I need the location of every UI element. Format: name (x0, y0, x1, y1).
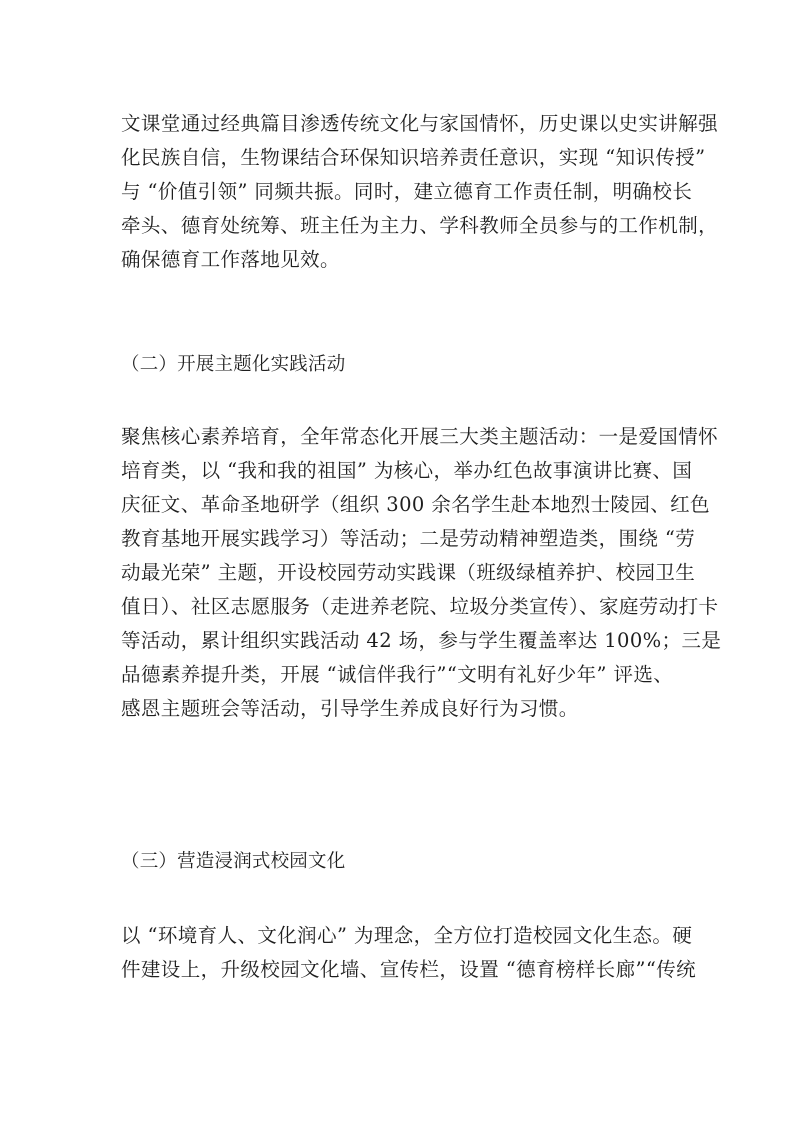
paragraph-2-line-4: 教育基地开展实践学习）等活动；二是劳动精神塑造类，围绕 “劳 (121, 522, 673, 556)
paragraph-2-line-1: 聚焦核心素养培育，全年常态化开展三大类主题活动：一是爱国情怀 (121, 420, 673, 454)
paragraph-2-line-6: 值日）、社区志愿服务（走进养老院、垃圾分类宣传）、家庭劳动打卡 (121, 590, 673, 624)
paragraph-2-line-8: 品德素养提升类，开展 “诚信伴我行”“文明有礼好少年” 评选、 (121, 658, 673, 692)
paragraph-2-line-9: 感恩主题班会等活动，引导学生养成良好行为习惯。 (121, 692, 681, 726)
paragraph-1-line-4: 牵头、德育处统筹、班主任为主力、学科教师全员参与的工作机制， (121, 209, 673, 243)
section-heading-3: （三）营造浸润式校园文化 (121, 845, 681, 879)
paragraph-1-line-5: 确保德育工作落地见效。 (121, 243, 681, 277)
paragraph-2-line-7: 等活动，累计组织实践活动 42 场，参与学生覆盖率达 100%；三是 (121, 624, 673, 658)
paragraph-3-line-2: 件建设上，升级校园文化墙、宣传栏，设置 “德育榜样长廊”“传统 (121, 953, 673, 987)
paragraph-2-line-3: 庆征文、革命圣地研学（组织 300 余名学生赴本地烈士陵园、红色 (121, 488, 673, 522)
paragraph-1-line-2: 化民族自信，生物课结合环保知识培养责任意识，实现 “知识传授” (121, 141, 673, 175)
document-page: 文课堂通过经典篇目渗透传统文化与家国情怀，历史课以史实讲解强 化民族自信，生物课… (0, 0, 793, 1122)
paragraph-2-line-2: 培育类，以 “我和我的祖国” 为核心，举办红色故事演讲比赛、国 (121, 454, 673, 488)
section-heading-2: （二）开展主题化实践活动 (121, 348, 681, 382)
paragraph-3-line-1: 以 “环境育人、文化润心” 为理念，全方位打造校园文化生态。硬 (121, 919, 673, 953)
paragraph-1-line-1: 文课堂通过经典篇目渗透传统文化与家国情怀，历史课以史实讲解强 (121, 107, 673, 141)
paragraph-2-line-5: 动最光荣” 主题，开设校园劳动实践课（班级绿植养护、校园卫生 (121, 556, 673, 590)
paragraph-1-line-3: 与 “价值引领” 同频共振。同时，建立德育工作责任制，明确校长 (121, 175, 673, 209)
